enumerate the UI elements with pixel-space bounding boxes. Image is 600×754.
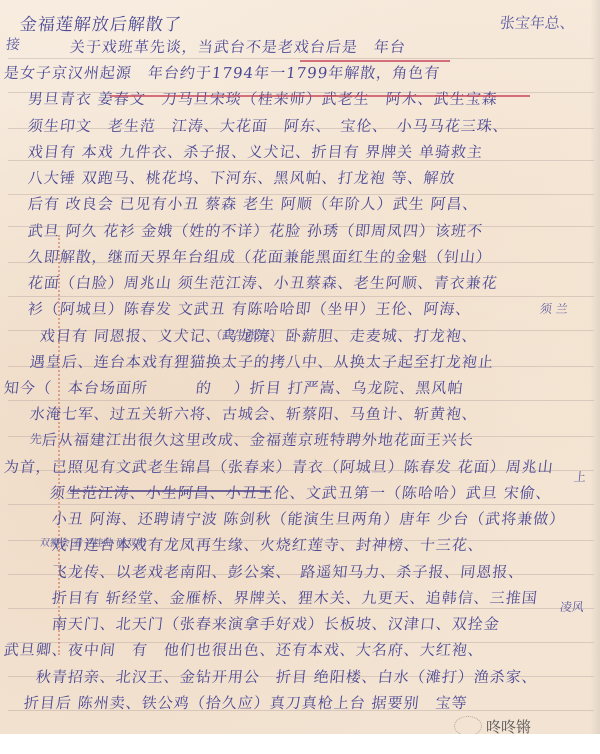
header-note-side: 接 (5, 34, 21, 54)
margin-note: 上 (573, 468, 587, 485)
text-line: 须生印文 老生范 江涛、大花面 阿东、 宝伦、 小马马花三珠、 (27, 115, 510, 136)
margin-note: 须 兰 (539, 300, 569, 317)
margin-note: 凌风 (559, 598, 585, 615)
ruled-line (8, 504, 594, 505)
wechat-channel-icon (454, 716, 482, 736)
header-note: 金福莲解放后解散了 (19, 10, 184, 35)
bottom-margin (0, 734, 600, 754)
text-line: 折目后 陈州卖、铁公鸡（拾久应）真刀真枪上台 据要别 宝等 (23, 692, 469, 713)
ruled-line (8, 400, 594, 401)
text-line: 遇皇后、连台本戏有狸猫换太子的拷八中、从换太子起至打龙袍止 (29, 351, 495, 372)
text-line: 男旦青衣 姜春文 刀马旦宋琰（桂来师）武老生 阿木、武生宝森 (27, 88, 499, 109)
correction-mark (300, 60, 450, 62)
text-line: 折目有 斩经堂、金雁桥、界牌关、狸木关、九更天、追韩信、三推国 (51, 587, 539, 608)
text-line: 南天门、北天门（张春来演拿手好戏）长板坡、汉津口、双拴金 (51, 613, 501, 634)
ruled-line (8, 58, 594, 59)
text-line: 是女子京汉州起源 年台约于1794年一1799年解散，角色有 (3, 62, 442, 83)
correction-mark (110, 95, 530, 97)
text-line: 八大锤 双跑马、桃花坞、下河东、黑风帕、打龙袍 等、解放 (27, 167, 457, 188)
text-line: 久即解散，继而天界年台组成（花面兼能黑面红生的金魁（钊山） (27, 246, 493, 267)
header-note-right: 张宝年总、 (499, 12, 576, 33)
text-line: 知今（ 本台场面所 的 ）折目 打严嵩、乌龙院、黑风帕 (3, 377, 465, 398)
strikethrough-mark (70, 490, 270, 492)
margin-note: （武生张春） (209, 326, 283, 343)
text-line: 为首，已照见有文武老生锦昌（张春来）青衣（阿城旦）陈春发 花面）周兆山 (3, 456, 555, 477)
text-line: 花面（白脸）周兆山 须生范江涛、小丑蔡森、老生阿顺、青衣兼花 (27, 272, 499, 293)
ruled-line (8, 296, 594, 297)
text-line: 后有 改良会 已见有小丑 蔡森 老生 阿顺（年阶人）武生 阿昌、 (27, 193, 480, 214)
text-line: 秋青招亲、北汉王、金钻开用公 折目 绝阳楼、白水（滩打）渔杀家、 (35, 666, 539, 687)
text-line: 戏目有 本戏 九件衣、杀子报、义犬记、折目有 界牌关 单骑救主 (27, 141, 484, 162)
text-line: 后从福建江出很久这里改成、金福莲京班特聘外地花面王兴长 (41, 429, 475, 450)
text-line: 衫（阿城旦）陈春发 文武丑 有陈哈哈即（坐甲）王伦、阿海、 (27, 298, 473, 319)
text-line: 武旦 阿久 花衫 金娥（姓的不详）花脸 孙琇（即周凤四）该班不 (27, 220, 484, 241)
text-line: 关于戏班革先谈，当武台不是老戏台后是 年台 (69, 36, 407, 57)
margin-note: 双狮会 看子挂帅 破双奶 (39, 534, 147, 549)
margin-note: 先 (29, 430, 43, 447)
ruled-line (8, 608, 594, 609)
text-line: 飞龙传、以老戏老南阳、彭公案、 路遥知马力、杀子报、同恩报、 (51, 561, 526, 582)
text-line: 须生范江涛、小生阿昌、小丑王伦、文武丑第一（陈哈哈）武旦 宋偷、 (49, 482, 553, 503)
text-line: 水淹七军、过五关斩六将、古城会、斩蔡阳、马鱼计、斩黄袍、 (29, 403, 479, 424)
manuscript-page: 金福莲解放后解散了 接 张宝年总、 关于戏班革先谈，当武台不是老戏台后是 年台 … (0, 0, 600, 734)
text-line: 武旦卿、夜中间 有 他们也很出色、还有本戏、大名府、大红袍、 (3, 639, 485, 660)
text-line: 小丑 阿海、还聘请宁波 陈剑秋（能演生旦两角）唐年 少台（武将兼做） (51, 508, 567, 529)
